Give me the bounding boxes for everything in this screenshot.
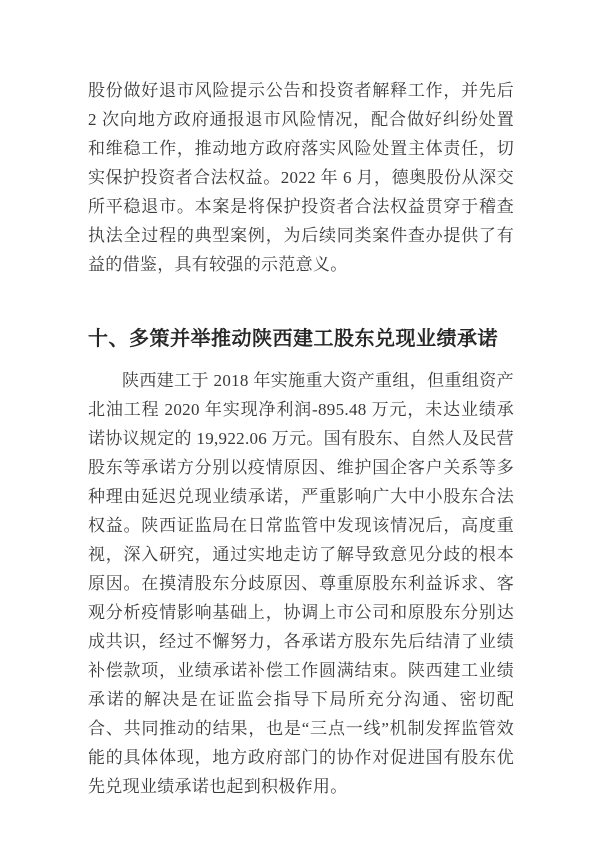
paragraph-continuation: 股份做好退市风险提示公告和投资者解释工作，并先后 2 次向地方政府通报退市风险情… <box>88 76 514 279</box>
page-content: 股份做好退市风险提示公告和投资者解释工作，并先后 2 次向地方政府通报退市风险情… <box>88 76 514 801</box>
section-heading: 十、多策并举推动陕西建工股东兑现业绩承诺 <box>88 325 514 353</box>
section-body-paragraph: 陕西建工于 2018 年实施重大资产重组，但重组资产北油工程 2020 年实现净… <box>88 366 514 801</box>
page-number: 7 <box>0 783 600 798</box>
document-page: 股份做好退市风险提示公告和投资者解释工作，并先后 2 次向地方政府通报退市风险情… <box>0 0 600 848</box>
